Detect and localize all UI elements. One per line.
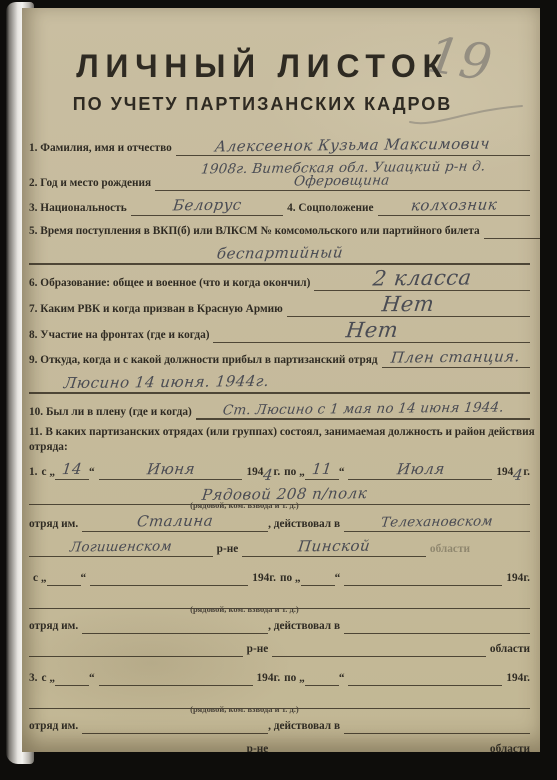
entry3-unit-line: отряд им. , действовал в — [29, 717, 530, 734]
printed-quote: “ — [335, 572, 341, 586]
field-fronts-label: 8. Участие на фронтах (где и когда) — [29, 329, 209, 343]
field-name-value: Алексеенок Кузьма Максимович — [215, 138, 492, 154]
entry2-unit-line: отряд им. , действовал в — [29, 617, 530, 634]
printed-s-quote: с „ — [33, 572, 47, 586]
entry1-from-day: 14 — [61, 463, 83, 476]
printed-quote: “ — [81, 572, 87, 586]
entry1-position: Рядовой 208 п/полк — [201, 487, 368, 502]
form-content: ЛИЧНЫЙ ЛИСТОК ПО УЧЕТУ ПАРТИЗАНСКИХ КАДР… — [22, 8, 540, 752]
entry1-region: Пинской — [297, 540, 371, 554]
field-arrival-value2: Люсино 14 июня. 1944г. — [63, 375, 270, 390]
printed-s-quote: с „ — [41, 672, 55, 686]
printed-year: 194 — [246, 466, 263, 480]
printed-rne: р-не — [217, 543, 239, 557]
entry3-num: 3. — [29, 672, 37, 686]
printed-quote: “ — [89, 466, 95, 480]
field-arrival: 9. Откуда, когда и с какой должности при… — [29, 349, 530, 368]
field-education: 6. Образование: общее и военное (что и к… — [29, 271, 530, 291]
entry2-region-line: р-не области — [29, 640, 530, 657]
field-arrival-line2: Люсино 14 июня. 1944г. — [29, 374, 530, 394]
field-birth: 2. Год и место рождения 1908г. Витебская… — [29, 162, 530, 191]
entry3-dates: 3. с „ “ 194 г. по „ “ 194 г. — [29, 669, 530, 686]
entry1-from-month: Июня — [146, 463, 196, 477]
units-header-line1: 11. В каких партизанских отрядах (или гр… — [29, 426, 535, 440]
field-units-header: 11. В каких партизанских отрядах (или гр… — [29, 426, 530, 440]
printed-otryad: отряд им. — [29, 518, 78, 532]
form-title: ЛИЧНЫЙ ЛИСТОК — [29, 50, 496, 82]
printed-oblast: области — [490, 643, 530, 657]
field-party-label: 5. Время поступления в ВКП(б) или ВЛКСМ … — [29, 225, 480, 239]
printed-g: г. — [523, 572, 530, 586]
field-nationality-value: Белорус — [172, 199, 242, 213]
form-subtitle: ПО УЧЕТУ ПАРТИЗАНСКИХ КАДРОВ — [29, 95, 496, 113]
entry1-num: 1. — [29, 466, 37, 480]
entry3-region-line: р-не области — [29, 740, 530, 752]
printed-po: по „ — [284, 672, 305, 686]
field-education-value: 2 класса — [372, 270, 472, 286]
field-rvk: 7. Каким РВК и когда призван в Красную А… — [29, 297, 530, 317]
entry1-region-line: Логишенском р-не Пинской области — [29, 538, 530, 557]
printed-po: по „ — [280, 572, 301, 586]
service-entry-3: 3. с „ “ 194 г. по „ “ 194 г. (рядовой, … — [29, 669, 530, 752]
printed-oblast-faint: области — [430, 543, 470, 557]
entry1-to-month: Июля — [396, 463, 445, 476]
printed-po: по „ — [284, 466, 305, 480]
entry1-from-year: 4 — [263, 469, 275, 482]
printed-year: 194 — [252, 572, 269, 586]
field-name-label: 1. Фамилия, имя и отчество — [29, 142, 172, 156]
entry1-dates: 1. с „ 14 “ Июня 194 4 г. по „ 11 “ Июля… — [29, 461, 530, 480]
service-entry-1: 1. с „ 14 “ Июня 194 4 г. по „ 11 “ Июля… — [29, 461, 530, 557]
field-social-label: 4. Соцположение — [287, 202, 373, 216]
printed-year: 194 — [496, 466, 513, 480]
entry1-to-year: 4 — [513, 469, 525, 482]
field-birth-label: 2. Год и место рождения — [29, 177, 151, 191]
printed-acted: , действовал в — [268, 720, 340, 734]
printed-s-quote: с „ — [41, 466, 55, 480]
field-name: 1. Фамилия, имя и отчество Алексеенок Ку… — [29, 137, 530, 156]
entry1-to-day: 11 — [311, 463, 333, 476]
field-party-value: беспартийный — [216, 246, 344, 260]
printed-year: 194 — [506, 672, 523, 686]
printed-quote: “ — [89, 672, 95, 686]
units-header-line2: отряда: — [29, 441, 68, 455]
field-captivity-value: Ст. Люсино с 1 мая по 14 июня 1944. — [222, 402, 504, 418]
entry1-district: Логишенском — [69, 540, 172, 554]
field-captivity-label: 10. Был ли в плену (где и когда) — [29, 406, 192, 420]
printed-otryad: отряд им. — [29, 620, 78, 634]
field-birth-value: 1908г. Витебская обл. Ушацкий р-н д. Офе… — [153, 160, 531, 190]
printed-year: 194 — [257, 672, 274, 686]
field-captivity: 10. Был ли в плену (где и когда) Ст. Люс… — [29, 400, 530, 420]
field-fronts-value: Нет — [345, 323, 399, 339]
entry1-position-line: Рядовой 208 п/полк — [29, 486, 530, 505]
entry1-unit: Сталина — [136, 515, 214, 529]
printed-quote: “ — [339, 672, 345, 686]
field-party-valueline: беспартийный — [29, 245, 530, 265]
printed-acted: , действовал в — [268, 620, 340, 634]
entry1-unit-line: отряд им. Сталина , действовал в Телехан… — [29, 513, 530, 532]
printed-g: г. — [273, 672, 280, 686]
printed-g: г. — [523, 672, 530, 686]
printed-g: г. — [269, 572, 276, 586]
printed-quote: “ — [339, 466, 345, 480]
entry2-dates: с „ “ 194 г. по „ “ 194 г. — [29, 569, 530, 586]
service-entry-2: с „ “ 194 г. по „ “ 194 г. (рядовой, ком… — [29, 569, 530, 657]
printed-rne: р-не — [247, 643, 269, 657]
form-body: 1. Фамилия, имя и отчество Алексеенок Ку… — [29, 137, 530, 752]
field-nationality-social: 3. Национальность Белорус 4. Соцположени… — [29, 197, 530, 216]
entry1-acted-in: Телехановском — [380, 515, 493, 529]
printed-otryad: отряд им. — [29, 720, 78, 734]
field-nationality-label: 3. Национальность — [29, 202, 127, 216]
field-rvk-value: Нет — [381, 297, 435, 313]
printed-year: 194 — [506, 572, 523, 586]
printed-g: г. — [523, 466, 530, 480]
field-education-label: 6. Образование: общее и военное (что и к… — [29, 277, 310, 291]
field-party: 5. Время поступления в ВКП(б) или ВЛКСМ … — [29, 222, 530, 239]
field-rvk-label: 7. Каким РВК и когда призван в Красную А… — [29, 303, 283, 317]
field-units-header2: отряда: — [29, 441, 530, 455]
field-arrival-value1: Плен станция. — [391, 350, 522, 364]
printed-g: г. — [273, 466, 280, 480]
printed-oblast: области — [490, 743, 530, 752]
printed-rne: р-не — [247, 743, 269, 752]
printed-acted: , действовал в — [268, 518, 340, 532]
field-social-value: колхозник — [410, 199, 498, 213]
field-arrival-label: 9. Откуда, когда и с какой должности при… — [29, 354, 378, 368]
document-page: 19 ЛИЧНЫЙ ЛИСТОК ПО УЧЕТУ ПАРТИЗАНСКИХ К… — [22, 8, 540, 752]
field-fronts: 8. Участие на фронтах (где и когда) Нет — [29, 323, 530, 343]
